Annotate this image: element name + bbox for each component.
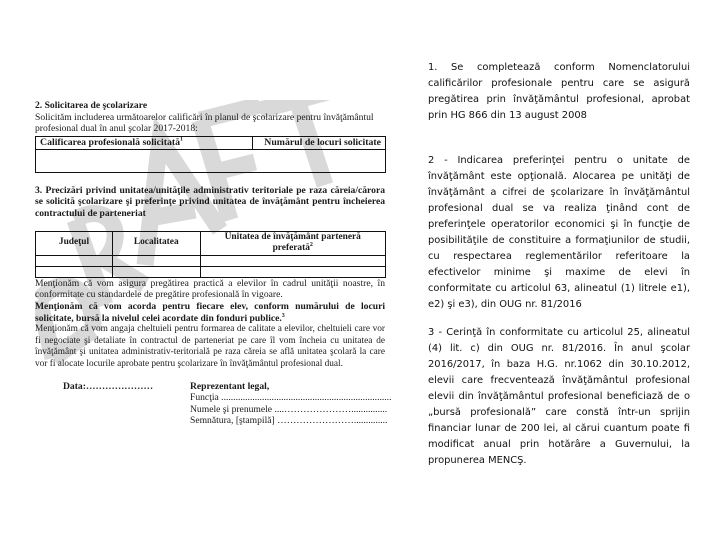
partner-unit-table: Judeţul Localitatea Unitatea de învăţămâ… — [35, 231, 386, 278]
footnote-1: 1. Se completează conform Nomenclatorulu… — [428, 60, 690, 124]
signature-field[interactable]: Semnătura, [ştampilă] ……………………..........… — [190, 415, 391, 427]
places-header: Numărul de locuri solicitate — [253, 136, 386, 149]
school-cell[interactable] — [200, 266, 386, 277]
qualification-header: Calificarea profesională solicitată1 — [36, 136, 253, 149]
locality-cell[interactable] — [113, 266, 201, 277]
table-header-row: Calificarea profesională solicitată1 Num… — [36, 136, 386, 149]
rep-title: Reprezentant legal, — [190, 381, 391, 393]
county-cell[interactable] — [36, 255, 113, 266]
school-cell[interactable] — [200, 255, 386, 266]
footnote-3: 3 - Cerinţă în conformitate cu articolul… — [428, 325, 690, 469]
signature-block: Data:………………… Reprezentant legal, Funcţia… — [35, 381, 385, 425]
footnote-2: 2 - Indicarea preferinţei pentru o unita… — [428, 153, 690, 313]
qualification-input-cell[interactable] — [36, 149, 386, 172]
table-row — [36, 255, 386, 266]
table-header-row: Judeţul Localitatea Unitatea de învăţămâ… — [36, 231, 386, 255]
table-row — [36, 149, 386, 172]
locality-header: Localitatea — [113, 231, 201, 255]
function-field[interactable]: Funcţia ................................… — [190, 392, 391, 404]
qualifications-table: Calificarea profesională solicitată1 Num… — [35, 136, 386, 173]
practice-statement: Menţionăm că vom asigura pregătirea prac… — [35, 278, 385, 301]
county-cell[interactable] — [36, 266, 113, 277]
school-header: Unitatea de învăţământ parteneră prefera… — [200, 231, 386, 255]
expenses-statement: Menţionăm că vom angaja cheltuieli pentr… — [35, 324, 385, 370]
locality-cell[interactable] — [113, 255, 201, 266]
scholarship-statement: Menţionăm că vom acorda pentru fiecare e… — [35, 301, 385, 324]
legal-representative: Reprezentant legal, Funcţia ............… — [190, 381, 391, 427]
county-header: Judeţul — [36, 231, 113, 255]
section3-title: 3. Precizări privind unitatea/unităţile … — [35, 185, 385, 220]
date-field[interactable]: Data:………………… — [63, 381, 153, 393]
table-row — [36, 266, 386, 277]
scanned-form-excerpt: 2. Solicitarea de şcolarizare Solicităm … — [35, 100, 385, 390]
name-field[interactable]: Numele şi prenumele ....………………….........… — [190, 404, 391, 416]
section2-title: 2. Solicitarea de şcolarizare — [35, 100, 385, 112]
section2-intro: Solicităm includerea următoarelor califi… — [35, 112, 385, 135]
